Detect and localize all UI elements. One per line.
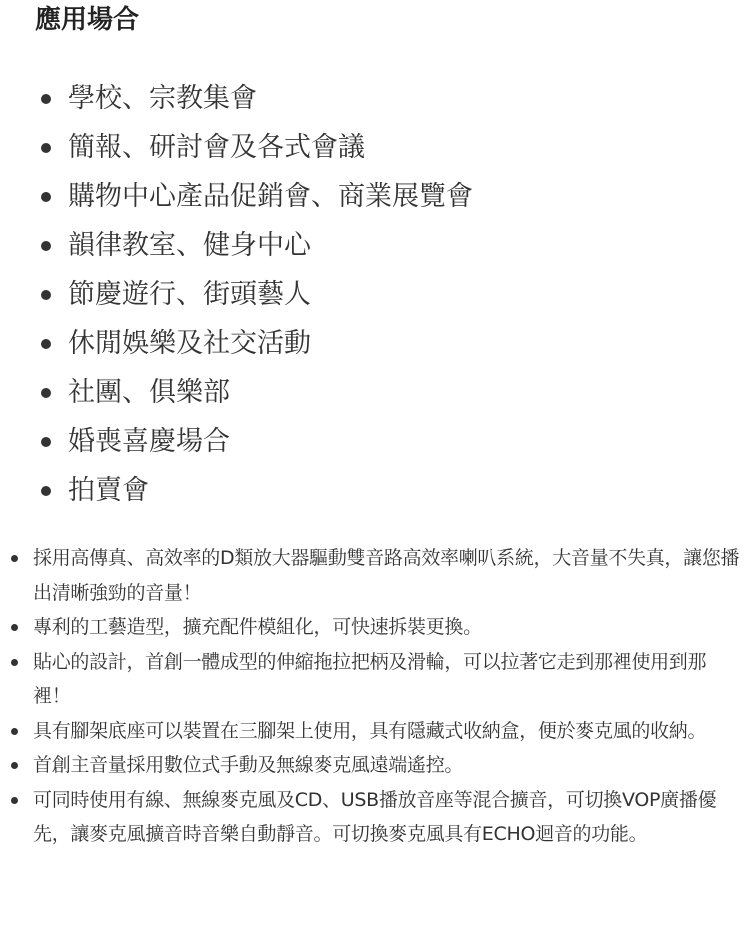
bullet-icon [41, 94, 51, 104]
feature-text: 可同時使用有線、無線麥克風及CD、USB播放音座等混合擴音，可切換VOP廣播優先… [33, 789, 716, 846]
feature-list: 採用高傳真、高效率的D類放大器驅動雙音路高效率喇叭系統，大音量不失真，讓您播出清… [0, 541, 750, 852]
feature-item: 採用高傳真、高效率的D類放大器驅動雙音路高效率喇叭系統，大音量不失真，讓您播出清… [0, 541, 750, 610]
venue-item: 休閒娛樂及社交活動 [0, 321, 473, 370]
venue-label: 學校、宗教集會 [68, 83, 257, 114]
venue-list: 學校、宗教集會 簡報、研討會及各式會議 購物中心產品促銷會、商業展覽會 韻律教室… [0, 76, 473, 517]
venue-label: 婚喪喜慶場合 [68, 426, 230, 457]
feature-item: 首創主音量採用數位式手動及無線麥克風遠端遙控。 [0, 748, 750, 783]
feature-item: 具有腳架底座可以裝置在三腳架上使用，具有隱藏式收納盒，便於麥克風的收納。 [0, 714, 750, 749]
bullet-icon [41, 290, 51, 300]
venue-label: 節慶遊行、街頭藝人 [68, 279, 311, 310]
venue-item: 社團、俱樂部 [0, 370, 473, 419]
venue-item: 韻律教室、健身中心 [0, 223, 473, 272]
bullet-icon [41, 486, 51, 496]
venue-label: 社團、俱樂部 [68, 377, 230, 408]
venue-item: 購物中心產品促銷會、商業展覽會 [0, 174, 473, 223]
venue-item: 拍賣會 [0, 468, 473, 517]
bullet-icon [41, 241, 51, 251]
bullet-icon [41, 192, 51, 202]
venue-item: 簡報、研討會及各式會議 [0, 125, 473, 174]
venue-item: 節慶遊行、街頭藝人 [0, 272, 473, 321]
feature-text: 首創主音量採用數位式手動及無線麥克風遠端遙控。 [33, 754, 463, 776]
bullet-icon [11, 728, 18, 735]
venue-label: 簡報、研討會及各式會議 [68, 132, 365, 163]
venue-item: 婚喪喜慶場合 [0, 419, 473, 468]
bullet-icon [41, 437, 51, 447]
feature-item: 可同時使用有線、無線麥克風及CD、USB播放音座等混合擴音，可切換VOP廣播優先… [0, 783, 750, 852]
bullet-icon [41, 339, 51, 349]
feature-item: 貼心的設計，首創一體成型的伸縮拖拉把柄及滑輪，可以拉著它走到那裡使用到那裡！ [0, 645, 750, 714]
section-title: 應用場合 [35, 2, 139, 38]
bullet-icon [11, 659, 18, 666]
venue-item: 學校、宗教集會 [0, 76, 473, 125]
bullet-icon [11, 555, 18, 562]
bullet-icon [11, 762, 18, 769]
feature-text: 具有腳架底座可以裝置在三腳架上使用，具有隱藏式收納盒，便於麥克風的收納。 [33, 720, 706, 742]
feature-text: 貼心的設計，首創一體成型的伸縮拖拉把柄及滑輪，可以拉著它走到那裡使用到那裡！ [33, 651, 706, 708]
venue-label: 韻律教室、健身中心 [68, 230, 311, 261]
bullet-icon [41, 143, 51, 153]
venue-label: 拍賣會 [68, 475, 149, 506]
bullet-icon [11, 797, 18, 804]
bullet-icon [41, 388, 51, 398]
venue-label: 休閒娛樂及社交活動 [68, 328, 311, 359]
feature-text: 採用高傳真、高效率的D類放大器驅動雙音路高效率喇叭系統，大音量不失真，讓您播出清… [33, 547, 739, 604]
feature-text: 專利的工藝造型，擴充配件模組化，可快速拆裝更換。 [33, 616, 482, 638]
venue-label: 購物中心產品促銷會、商業展覽會 [68, 181, 473, 212]
bullet-icon [11, 624, 18, 631]
feature-item: 專利的工藝造型，擴充配件模組化，可快速拆裝更換。 [0, 610, 750, 645]
